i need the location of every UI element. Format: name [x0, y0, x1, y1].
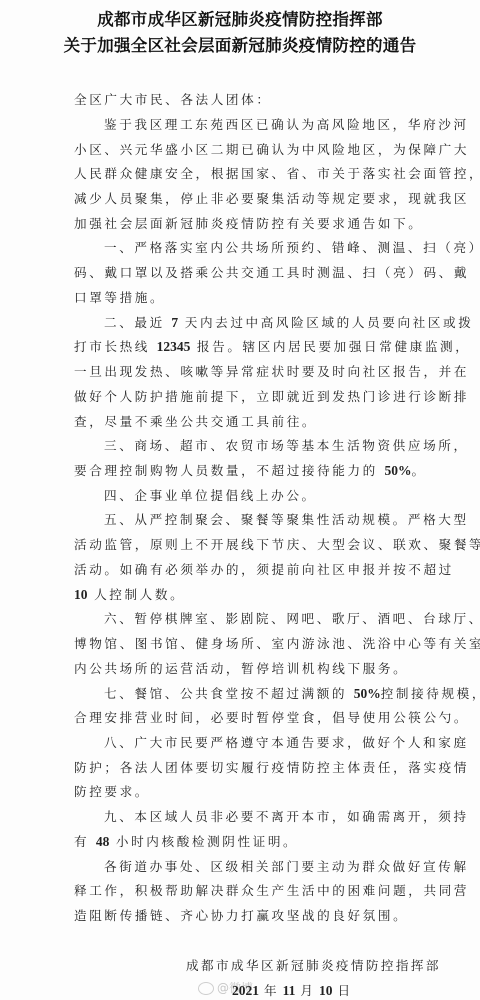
text-line: 加强社会层面新冠肺炎疫情防控有关要求通告如下。	[74, 214, 423, 234]
text-line: 一旦出现发热、咳嗽等异常症状时要及时向社区报告，并在	[74, 362, 469, 382]
emphasized-number: 50%	[354, 686, 381, 701]
emphasized-number: 48	[96, 834, 110, 849]
document-title-line1: 成都市成华区新冠肺炎疫情防控指挥部	[0, 6, 480, 30]
date-month: 11	[283, 983, 296, 998]
text-line: 六、暂停棋牌室、影剧院、网吧、歌厅、酒吧、台球厅、	[104, 609, 480, 629]
text-line: 做好个人防护措施前提下，立即就近到发热门诊进行诊断排	[74, 387, 469, 407]
text-line: 造阻断传播链、齐心协力打赢攻坚战的良好氛围。	[74, 906, 408, 926]
text-line: 四、企事业单位提倡线上办公。	[104, 486, 317, 506]
text-line: 有 48 小时内核酸检测阴性证明。	[74, 832, 298, 852]
text-line: 八、广大市民要严格遵守本通告要求，做好个人和家庭	[104, 733, 469, 753]
text-line: 释工作，积极帮助解决群众生产生活中的困难问题，共同营	[74, 881, 469, 901]
text-line: 人民群众健康安全，根据国家、省、市关于落实社会面管控，	[74, 164, 480, 184]
text-line: 10 人控制人数。	[74, 585, 185, 605]
text-line: 口罩等措施。	[74, 288, 165, 308]
text-line: 防控要求。	[74, 782, 150, 802]
text-line: 活动监管，原则上不开展线下节庆、大型会议、联欢、聚餐等	[74, 535, 480, 555]
weibo-logo-icon	[198, 982, 214, 995]
notice-document: 成都市成华区新冠肺炎疫情防控指挥部 关于加强全区社会层面新冠肺炎疫情防控的通告 …	[0, 0, 480, 1000]
date-day: 10	[319, 983, 333, 998]
text-line: 二、最近 7 天内去过中高风险区域的人员要向社区或拨	[104, 313, 473, 333]
text-line: 码、戴口罩以及搭乘公共交通工具时测温、扫（亮）码、戴	[74, 263, 469, 283]
text-line: 打市长热线 12345 报告。辖区内居民要加强日常健康监测，	[74, 337, 470, 357]
text-line: 七、餐馆、公共食堂按不超过满额的 50%控制接待规模，	[104, 684, 480, 704]
text-line: 活动。如确有必须举办的，须提前向社区申报并按不超过	[74, 560, 454, 580]
text-line: 小区、兴元华盛小区二期已确认为中风险地区，为保障广大	[74, 140, 469, 160]
text-line: 五、从严控制聚会、聚餐等聚集性活动规模。严格大型	[104, 510, 469, 530]
issuer-signature: 成都市成华区新冠肺炎疫情防控指挥部	[186, 955, 441, 974]
text-line: 合理安排营业时间，必要时暂停堂食，倡导使用公筷公勺。	[74, 708, 469, 728]
text-line: 减少人员聚集，停止非必要聚集活动等规定要求，现就我区	[74, 189, 469, 209]
text-line: 全区广大市民、各法人团体：	[74, 90, 272, 110]
document-title-line2: 关于加强全区社会层面新冠肺炎疫情防控的通告	[0, 32, 480, 56]
text-line: 查，尽量不乘坐公共交通工具前往。	[74, 412, 317, 432]
text-line: 一、严格落实室内公共场所预约、错峰、测温、扫（亮）	[104, 238, 480, 258]
text-line: 三、商场、超市、农贸市场等基本生活物资供应场所，	[104, 436, 469, 456]
text-line: 内公共场所的运营活动，暂停培训机构线下服务。	[74, 659, 408, 679]
text-line: 九、本区域人员非必要不离开本市，如确需离开，须持	[104, 807, 469, 827]
emphasized-number: 10	[74, 587, 88, 602]
text-line: 防护；各法人团体要切实履行疫情防控主体责任，落实疫情	[74, 758, 469, 778]
emphasized-number: 50%	[384, 463, 411, 478]
text-line: 博物馆、图书馆、健身场所、室内游泳池、洗浴中心等有关室	[74, 634, 480, 654]
issue-date: 2021 年 11 月 10 日	[232, 980, 351, 999]
text-line: 要合理控制购物人员数量，不超过接待能力的 50%。	[74, 461, 427, 481]
text-line: 各街道办事处、区级相关部门要主动为群众做好宣传解	[104, 857, 469, 877]
emphasized-number: 12345	[157, 339, 191, 354]
text-line: 鉴于我区理工东苑西区已确认为高风险地区，华府沙河	[104, 115, 469, 135]
date-year: 2021	[232, 983, 259, 998]
